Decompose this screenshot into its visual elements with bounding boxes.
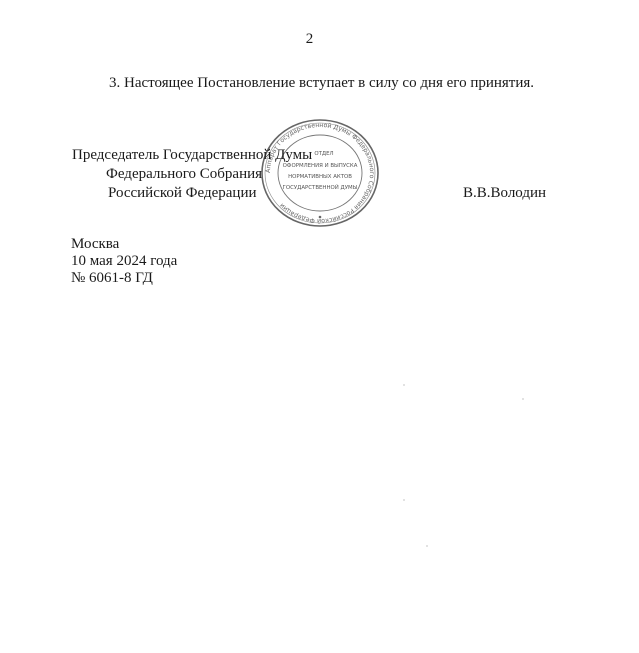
signer-title-line2: Федерального Собрания <box>106 166 262 183</box>
scan-speck <box>522 398 524 400</box>
signer-name: В.В.Володин <box>463 185 546 202</box>
scan-speck <box>403 499 405 501</box>
clause-text: 3. Настоящее Постановление вступает в си… <box>109 75 534 92</box>
date-of-signing: 10 мая 2024 года <box>71 253 177 270</box>
signer-title-line3: Российской Федерации <box>108 185 257 202</box>
stamp-inner-line1: ОТДЕЛ <box>314 151 333 157</box>
stamp-inner-line4: ГОСУДАРСТВЕННОЙ ДУМЫ <box>283 184 358 191</box>
scan-speck <box>426 545 428 547</box>
document-number: № 6061-8 ГД <box>71 270 153 287</box>
scan-speck <box>403 384 405 386</box>
signer-title-line1: Председатель Государственной Думы <box>72 147 312 164</box>
stamp-inner-line3: НОРМАТИВНЫХ АКТОВ <box>288 174 352 180</box>
place-of-signing: Москва <box>71 236 119 253</box>
official-stamp: Аппарат Государственной Думы Федеральног… <box>258 117 382 229</box>
page-number: 2 <box>0 31 619 48</box>
